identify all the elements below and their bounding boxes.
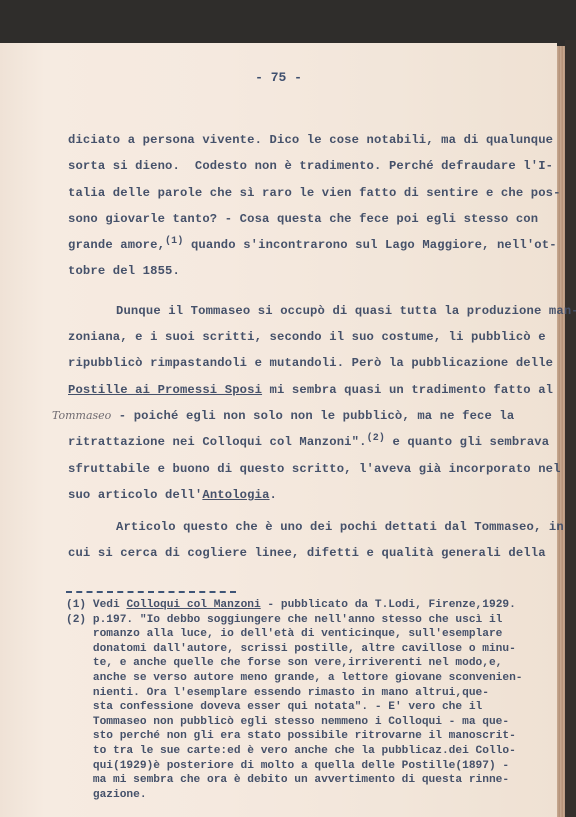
body-line: talia delle parole che sì raro le vien f… bbox=[68, 180, 568, 206]
body-line: cui si cerca di cogliere linee, difetti … bbox=[68, 540, 568, 566]
footnote-2-line: sto perché non gli era stato possibile r… bbox=[66, 729, 566, 744]
body-line: Articolo questo che è uno dei pochi dett… bbox=[68, 514, 568, 540]
footnote-2-line: ma mi sembra che ora è debito un avverti… bbox=[66, 773, 566, 788]
body-text: diciato a persona vivente. Dico le cose … bbox=[68, 127, 568, 567]
body-line: Dunque il Tommaseo si occupò di quasi tu… bbox=[68, 298, 568, 324]
body-line: sorta si dieno. Codesto non è tradimento… bbox=[68, 153, 568, 179]
colloqui-title: Colloqui col Manzoni bbox=[126, 599, 260, 611]
body-text-segment: - poiché egli non solo non le pubblicò, … bbox=[111, 409, 514, 423]
body-text-segment: ritrattazione nei Colloqui col Manzoni". bbox=[68, 435, 367, 449]
footnote-separator bbox=[66, 591, 236, 593]
footnote-2-line: qui(1929)è posteriore di molto a quella … bbox=[66, 759, 566, 774]
body-line: tobre del 1855. bbox=[68, 258, 568, 284]
footnotes: (1) Vedi Colloqui col Manzoni - pubblica… bbox=[66, 598, 566, 802]
footnote-text: - pubblicato da T.Lodi, Firenze,1929. bbox=[261, 599, 516, 611]
body-text-segment: . bbox=[270, 488, 277, 502]
antologia-title: Antologia bbox=[202, 488, 269, 502]
footnote-ref-1: (1) bbox=[165, 236, 183, 247]
footnote-2-line: to tra le sue carte:ed è vero anche che … bbox=[66, 744, 566, 759]
footnote-2-line: te, e anche quelle che forse son vere,ir… bbox=[66, 656, 566, 671]
body-line: sfruttabile e buono di questo scritto, l… bbox=[68, 456, 568, 482]
footnote-2-line: sta confessione doveva esser qui notata"… bbox=[66, 700, 566, 715]
body-line: suo articolo dell'Antologia. bbox=[68, 482, 568, 508]
footnote-2-line: anche se verso autore meno grande, a let… bbox=[66, 671, 566, 686]
page-number: - 75 - bbox=[0, 70, 557, 85]
footnote-ref-2: (2) bbox=[367, 433, 385, 444]
footnote-2-line: (2) p.197. "Io debbo soggiungere che nel… bbox=[66, 613, 566, 628]
postille-title: Postille ai Promessi Sposi bbox=[68, 383, 262, 397]
footnote-text: (1) Vedi bbox=[66, 599, 126, 611]
footnote-2-line: gazione. bbox=[66, 788, 566, 803]
body-text-segment: suo articolo dell' bbox=[68, 488, 202, 502]
footnote-2-line: Tommaseo non pubblicò egli stesso nemmen… bbox=[66, 715, 566, 730]
body-line: Tommaseo - poiché egli non solo non le p… bbox=[52, 403, 568, 429]
footnote-2-line: nienti. Ora l'esemplare essendo rimasto … bbox=[66, 686, 566, 701]
body-line: diciato a persona vivente. Dico le cose … bbox=[68, 127, 568, 153]
body-line: ritrattazione nei Colloqui col Manzoni".… bbox=[68, 429, 568, 455]
footnote-2-line: romanzo alla luce, io dell'età di ventic… bbox=[66, 627, 566, 642]
footnote-1: (1) Vedi Colloqui col Manzoni - pubblica… bbox=[66, 598, 566, 613]
body-line: sono giovarle tanto? - Cosa questa che f… bbox=[68, 206, 568, 232]
body-line: ripubblicò rimpastandoli e mutandoli. Pe… bbox=[68, 350, 568, 376]
body-line: Postille ai Promessi Sposi mi sembra qua… bbox=[68, 377, 568, 403]
body-text-segment: quando s'incontrarono sul Lago Maggiore,… bbox=[183, 238, 556, 252]
body-text-segment: e quanto gli sembrava bbox=[385, 435, 549, 449]
footnote-2-line: donatomi dall'autore, scrissi postille, … bbox=[66, 642, 566, 657]
body-text-segment: mi sembra quasi un tradimento fatto al bbox=[262, 383, 553, 397]
body-line: grande amore,(1) quando s'incontrarono s… bbox=[68, 232, 568, 258]
body-line: zoniana, e i suoi scritti, secondo il su… bbox=[68, 324, 568, 350]
handwritten-annotation: Tommaseo bbox=[52, 409, 111, 422]
body-text-segment: grande amore, bbox=[68, 238, 165, 252]
